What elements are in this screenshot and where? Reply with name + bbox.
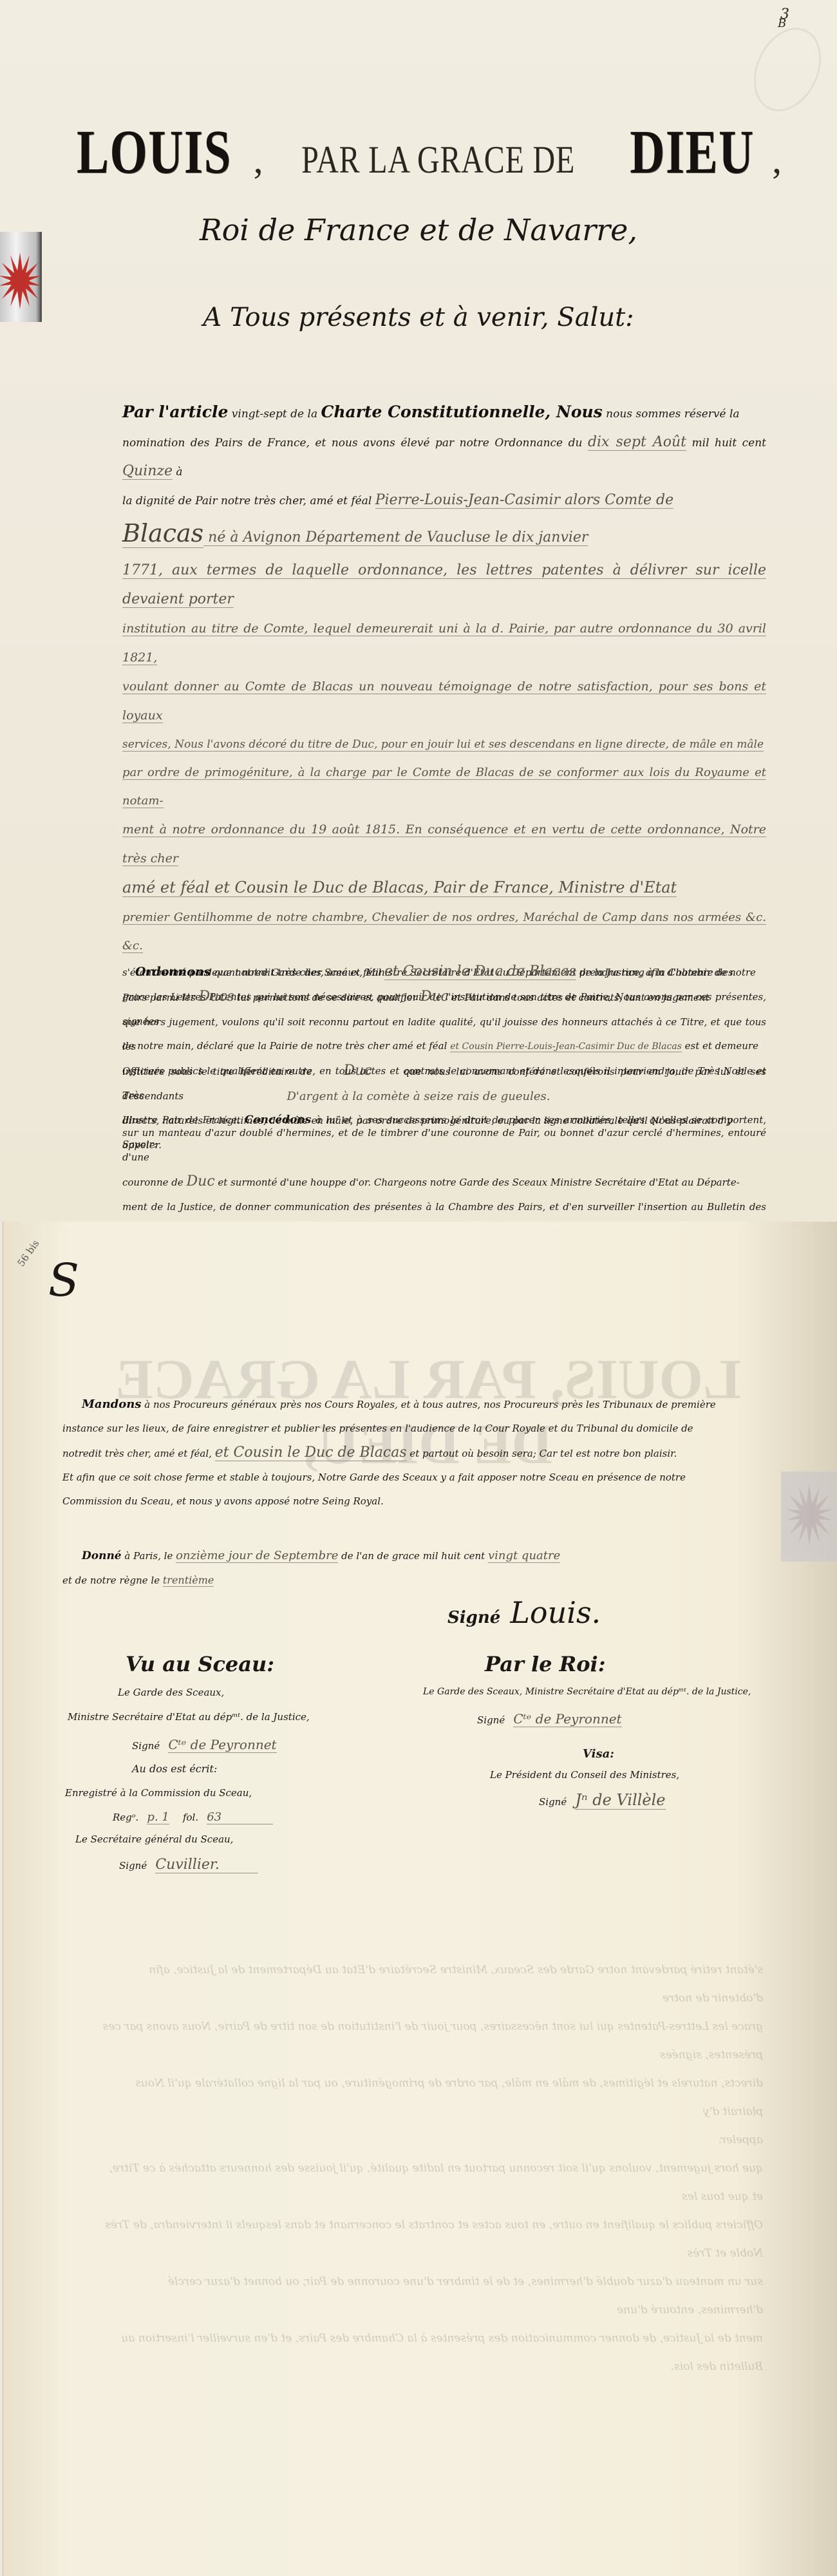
title-par-la-grace-de: PAR LA GRACE DE xyxy=(301,138,575,182)
handwritten-name: Pierre-Louis-Jean-Casimir alors Comte de xyxy=(375,492,673,509)
text-line: par ordre de primogéniture, à la charge … xyxy=(122,759,766,815)
text-line: Pairs parmi les Ducs lui permettons de s… xyxy=(122,985,766,1010)
text-line: la dignité de Pair notre très cher, amé … xyxy=(122,486,766,515)
vu-au-sceau-line2: Ministre Secrétaire d'Etat au dépᵐᵗ. de … xyxy=(68,1711,310,1723)
text-line: Donné à Paris, le onzième jour de Septem… xyxy=(62,1544,745,1568)
show-through-flourish xyxy=(741,17,834,122)
text-line: Ordonnons que notredit très cher, amé et… xyxy=(122,960,766,985)
title-comma: , xyxy=(254,138,264,181)
royal-title: LOUIS, PAR LA GRACE DE DIEU, xyxy=(0,116,837,187)
register-number: p. 1 xyxy=(147,1810,169,1824)
title-louis: LOUIS xyxy=(77,116,232,187)
par-le-roi-line1: Le Garde des Sceaux, Ministre Secrétaire… xyxy=(423,1687,751,1697)
text-line: Blacas né à Avignon Département de Vaucl… xyxy=(122,515,766,556)
text-line: ment de la Justice, de donner communicat… xyxy=(122,1195,766,1222)
paragraph-manteau: sur un manteau d'azur doublé d'hermines,… xyxy=(122,1121,766,1222)
signature-louis: Louis. xyxy=(510,1595,601,1630)
pencil-note: 56 bis xyxy=(15,1238,41,1269)
text-line: amé et féal et Cousin le Duc de Blacas, … xyxy=(122,873,766,904)
signature-cuvillier: Cuvillier. xyxy=(155,1857,258,1873)
par-le-roi-heading: Par le Roi: xyxy=(485,1652,606,1676)
flourish-mark: S xyxy=(48,1254,79,1307)
text-line: institution au titre de Comte, lequel de… xyxy=(122,614,766,672)
signature-peyronnet: Cᵗᵉ de Peyronnet xyxy=(168,1737,276,1753)
visa-line: Le Président du Conseil des Ministres, xyxy=(490,1769,679,1781)
signature-peyronnet: Cᵗᵉ de Peyronnet xyxy=(513,1711,621,1727)
visa-signature: Signé Jⁿ de Villèle xyxy=(539,1791,666,1809)
text-line: ment à notre ordonnance du 19 août 1815.… xyxy=(122,815,766,873)
document-page-2: LOUIS, PAR LA GRACE DE DIEU, 56 bis S Ma… xyxy=(3,1222,837,2576)
signature-villele: Jⁿ de Villèle xyxy=(575,1791,665,1810)
subtitle-roi-de-france: Roi de France et de Navarre, xyxy=(0,213,837,247)
dating-clause: Donné à Paris, le onzième jour de Septem… xyxy=(62,1544,745,1593)
paragraph-mandons: Mandons à nos Procureurs généraux près n… xyxy=(62,1392,745,1513)
text-line: Mandons à nos Procureurs généraux près n… xyxy=(62,1392,745,1417)
handwritten-year: Quinze xyxy=(122,463,173,480)
blazon-armorial-description: D'argent à la comète à seize rais de gue… xyxy=(0,1090,837,1103)
show-through-shield xyxy=(781,1472,837,1562)
text-line: Par l'article vingt-sept de la Charte Co… xyxy=(122,398,766,428)
text-line: voulant donner au Comte de Blacas un nou… xyxy=(122,672,766,730)
title-dieu: DIEU xyxy=(630,116,754,187)
text-line: notredit très cher, amé et féal, et Cous… xyxy=(62,1441,745,1466)
text-line: et de notre règne le trentième xyxy=(62,1568,745,1593)
text-line: nomination des Pairs de France, et nous … xyxy=(122,428,766,486)
show-through-text: s'étant retiré pardevant notre Garde des… xyxy=(100,1956,763,2381)
corner-mark-initial: B xyxy=(778,17,786,30)
handwritten-date: dix sept Août xyxy=(588,434,686,451)
vu-au-sceau-signature: Signé Cᵗᵉ de Peyronnet xyxy=(132,1737,277,1752)
comet-icon xyxy=(784,1479,835,1550)
text-line: Et afin que ce soit chose ferme et stabl… xyxy=(62,1466,745,1490)
text-line: couronne de Duc et surmonté d'une houppe… xyxy=(122,1170,766,1195)
vu-au-sceau-line1: Le Garde des Sceaux, xyxy=(118,1687,224,1698)
registration-heading: Au dos est écrit: xyxy=(132,1763,217,1775)
document-page-1: 3 B LOUIS, PAR LA GRACE DE DIEU, Roi de … xyxy=(0,0,837,1222)
greeting-salut: A Tous présents et à venir, Salut: xyxy=(0,303,837,332)
registration-signature: Signé Cuvillier. xyxy=(119,1857,258,1873)
text-line: sur un manteau d'azur doublé d'hermines,… xyxy=(122,1121,766,1170)
text-line: services, Nous l'avons décoré du titre d… xyxy=(122,730,766,759)
registration-line1: Enregistré à la Commission du Sceau, xyxy=(65,1787,252,1799)
text-line: 1771, aux termes de laquelle ordonnance,… xyxy=(122,556,766,614)
visa-heading: Visa: xyxy=(583,1747,614,1761)
royal-signature: Signé Louis. xyxy=(447,1595,601,1630)
handwritten-surname: Blacas xyxy=(122,519,203,548)
registration-register: Regᵒ. p. 1 fol. 63 xyxy=(113,1810,273,1824)
text-line: instance sur les lieux, de faire enregis… xyxy=(62,1417,745,1441)
text-line: que hors jugement, voulons qu'il soit re… xyxy=(122,1010,766,1059)
par-le-roi-signature: Signé Cᵗᵉ de Peyronnet xyxy=(477,1711,622,1727)
title-comma: , xyxy=(772,138,782,181)
folio-number: 63 xyxy=(207,1810,273,1824)
text-line: Commission du Sceau, et nous y avons app… xyxy=(62,1490,745,1513)
vu-au-sceau-heading: Vu au Sceau: xyxy=(126,1652,274,1676)
registration-line2: Le Secrétaire général du Sceau, xyxy=(75,1833,233,1845)
text-line: premier Gentilhomme de notre chambre, Ch… xyxy=(122,904,766,960)
